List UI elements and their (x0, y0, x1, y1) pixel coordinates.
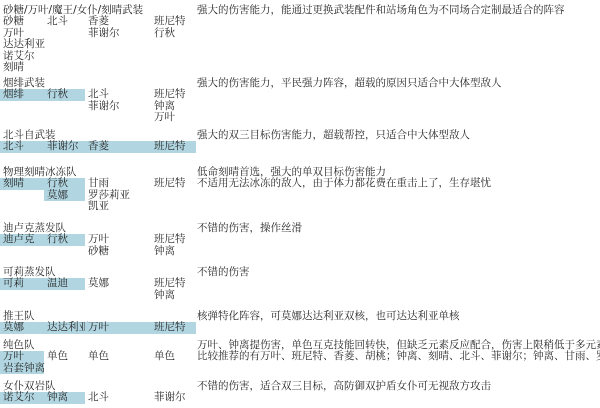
member-column: 单色 (151, 351, 196, 362)
team-description-line: 核弹特化阵容，可莫娜达达利亚双核，也可达达利亚单核 (197, 311, 600, 322)
member-cell-highlighted: 北斗 (0, 141, 44, 152)
team-description: 不错的伤害 (197, 267, 600, 278)
member-cell: 菲谢尔 (85, 28, 151, 39)
team-description-line: 不错的伤害，适合双三目标，高防御双护盾女仆可无视敌方攻击 (197, 381, 600, 392)
member-column: 班尼特钟离 (151, 278, 196, 301)
member-column: 班尼特 (151, 141, 196, 152)
member-column: 班尼特行秋 (151, 16, 196, 39)
member-column: 甘雨罗莎莉亚凯亚 (85, 178, 151, 212)
team-description-line: 不适用无法冰冻的敌人，由于体力都花费在重击上了，生存堪忧 (197, 178, 600, 189)
member-column: 砂糖万叶达达利亚诺艾尔刻晴 (0, 16, 44, 73)
member-column: 万叶砂糖 (85, 234, 151, 257)
member-cell-highlighted: 达达利亚 (44, 322, 85, 333)
member-column: 班尼特钟离 (151, 234, 196, 257)
member-cell: 万叶 (151, 112, 196, 123)
member-cell: 钟离 (151, 290, 196, 301)
member-column: 迪卢克 (0, 234, 44, 245)
member-column: 班尼特 (151, 178, 196, 189)
team-description-line: 强大的双三目标伤害能力，超载帮控，只适合中大体型敌人 (197, 130, 600, 141)
member-column: 万叶 (85, 322, 151, 333)
member-cell-highlighted: 班尼特 (151, 322, 196, 333)
member-cell-highlighted: 万叶 (85, 322, 151, 333)
member-cell-highlighted: 钟离 (44, 392, 85, 403)
member-cell: 菲谢尔 (151, 392, 196, 403)
member-cell: 单色 (85, 351, 151, 362)
member-cell-highlighted: 可莉 (0, 278, 44, 289)
member-cell-highlighted: 迪卢克 (0, 234, 44, 245)
member-column: 万叶岩套钟离 (0, 351, 44, 374)
member-column: 菲谢尔 (151, 392, 196, 403)
member-column: 诺艾尔 (0, 392, 44, 403)
member-cell: 单色 (44, 351, 85, 362)
member-column: 温迪 (44, 278, 85, 289)
member-cell: 单色 (151, 351, 196, 362)
member-cell-highlighted: 岩套钟离 (0, 363, 44, 374)
member-column: 北斗 (0, 141, 44, 152)
member-cell-highlighted: 温迪 (44, 278, 85, 289)
member-column: 北斗 (85, 392, 151, 403)
member-cell: 刻晴 (0, 62, 44, 73)
member-column: 北斗菲谢尔 (85, 89, 151, 112)
team-description: 核弹特化阵容，可莫娜达达利亚双核，也可达达利亚单核 (197, 311, 600, 322)
member-column: 莫娜 (0, 322, 44, 333)
member-cell-highlighted: 刻晴 (0, 178, 44, 189)
team-description-line: 不错的伤害，操作丝滑 (197, 223, 600, 234)
member-cell: 班尼特 (151, 178, 196, 189)
team-description: 强大的伤害能力，能通过更换武装配件和站场角色为不同场合定制最适合的阵容 (197, 5, 600, 16)
member-column: 单色 (44, 351, 85, 362)
member-column: 达达利亚 (44, 322, 85, 333)
member-column: 单色 (85, 351, 151, 362)
member-cell: 菲谢尔 (85, 101, 151, 112)
member-column: 可莉 (0, 278, 44, 289)
member-cell-highlighted: 菲谢尔 (44, 141, 85, 152)
member-cell-highlighted: 莫娜 (44, 190, 85, 201)
team-description: 万叶、钟离提伤害，单色互克技能回转快，但缺乏元素反应配合，伤害上限稍低于多元素阵… (197, 340, 600, 363)
member-column: 行秋 (44, 89, 85, 100)
member-column: 菲谢尔 (44, 141, 85, 152)
member-column: 莫娜 (85, 278, 151, 289)
team-name: 砂糖/万叶/魔王/女仆/刻晴武装 (3, 5, 143, 16)
team-description: 不错的伤害，适合双三目标，高防御双护盾女仆可无视敌方攻击 (197, 381, 600, 392)
member-cell: 达达利亚 (0, 39, 44, 50)
member-cell-highlighted: 行秋 (44, 234, 85, 245)
team-description-line: 强大的伤害能力，能通过更换武装配件和站场角色为不同场合定制最适合的阵容 (197, 5, 600, 16)
member-column: 北斗 (44, 16, 85, 27)
member-column: 班尼特钟离万叶 (151, 89, 196, 123)
member-cell: 钟离 (151, 246, 196, 257)
member-column: 烟绯 (0, 89, 44, 100)
member-cell-highlighted: 香菱 (85, 141, 151, 152)
member-cell-highlighted: 烟绯 (0, 89, 44, 100)
member-cell: 北斗 (85, 392, 151, 403)
member-cell-highlighted: 莫娜 (0, 322, 44, 333)
member-cell-highlighted: 行秋 (44, 89, 85, 100)
member-cell: 莫娜 (85, 278, 151, 289)
team-description: 不错的伤害，操作丝滑 (197, 223, 600, 234)
member-cell-highlighted: 诺艾尔 (0, 392, 44, 403)
team-description-line: 比较推荐的有万叶、班尼特、香菱、胡桃；钟离、刻晴、北斗、菲谢尔；钟离、甘雨、罗莎… (197, 351, 600, 362)
team-description: 低命刻晴首选，强大的单双目标伤害能力不适用无法冰冻的敌人，由于体力都花费在重击上… (197, 167, 600, 190)
team-description: 强大的双三目标伤害能力，超载帮控，只适合中大体型敌人 (197, 130, 600, 141)
member-cell: 行秋 (151, 28, 196, 39)
member-column: 香菱 (85, 141, 151, 152)
member-column: 行秋 (44, 234, 85, 245)
team-description-line: 强大的伤害能力，平民强力阵容，超载的原因只适合中大体型敌人 (197, 78, 600, 89)
member-cell-highlighted: 班尼特 (151, 141, 196, 152)
member-cell: 北斗 (44, 16, 85, 27)
member-column: 刻晴 (0, 178, 44, 189)
member-cell: 凯亚 (85, 201, 151, 212)
team-description-line: 不错的伤害 (197, 267, 600, 278)
member-column: 行秋莫娜 (44, 178, 85, 201)
team-description: 强大的伤害能力，平民强力阵容，超载的原因只适合中大体型敌人 (197, 78, 600, 89)
member-column: 香菱菲谢尔 (85, 16, 151, 39)
member-column: 钟离 (44, 392, 85, 403)
member-cell: 砂糖 (85, 246, 151, 257)
member-column: 班尼特 (151, 322, 196, 333)
